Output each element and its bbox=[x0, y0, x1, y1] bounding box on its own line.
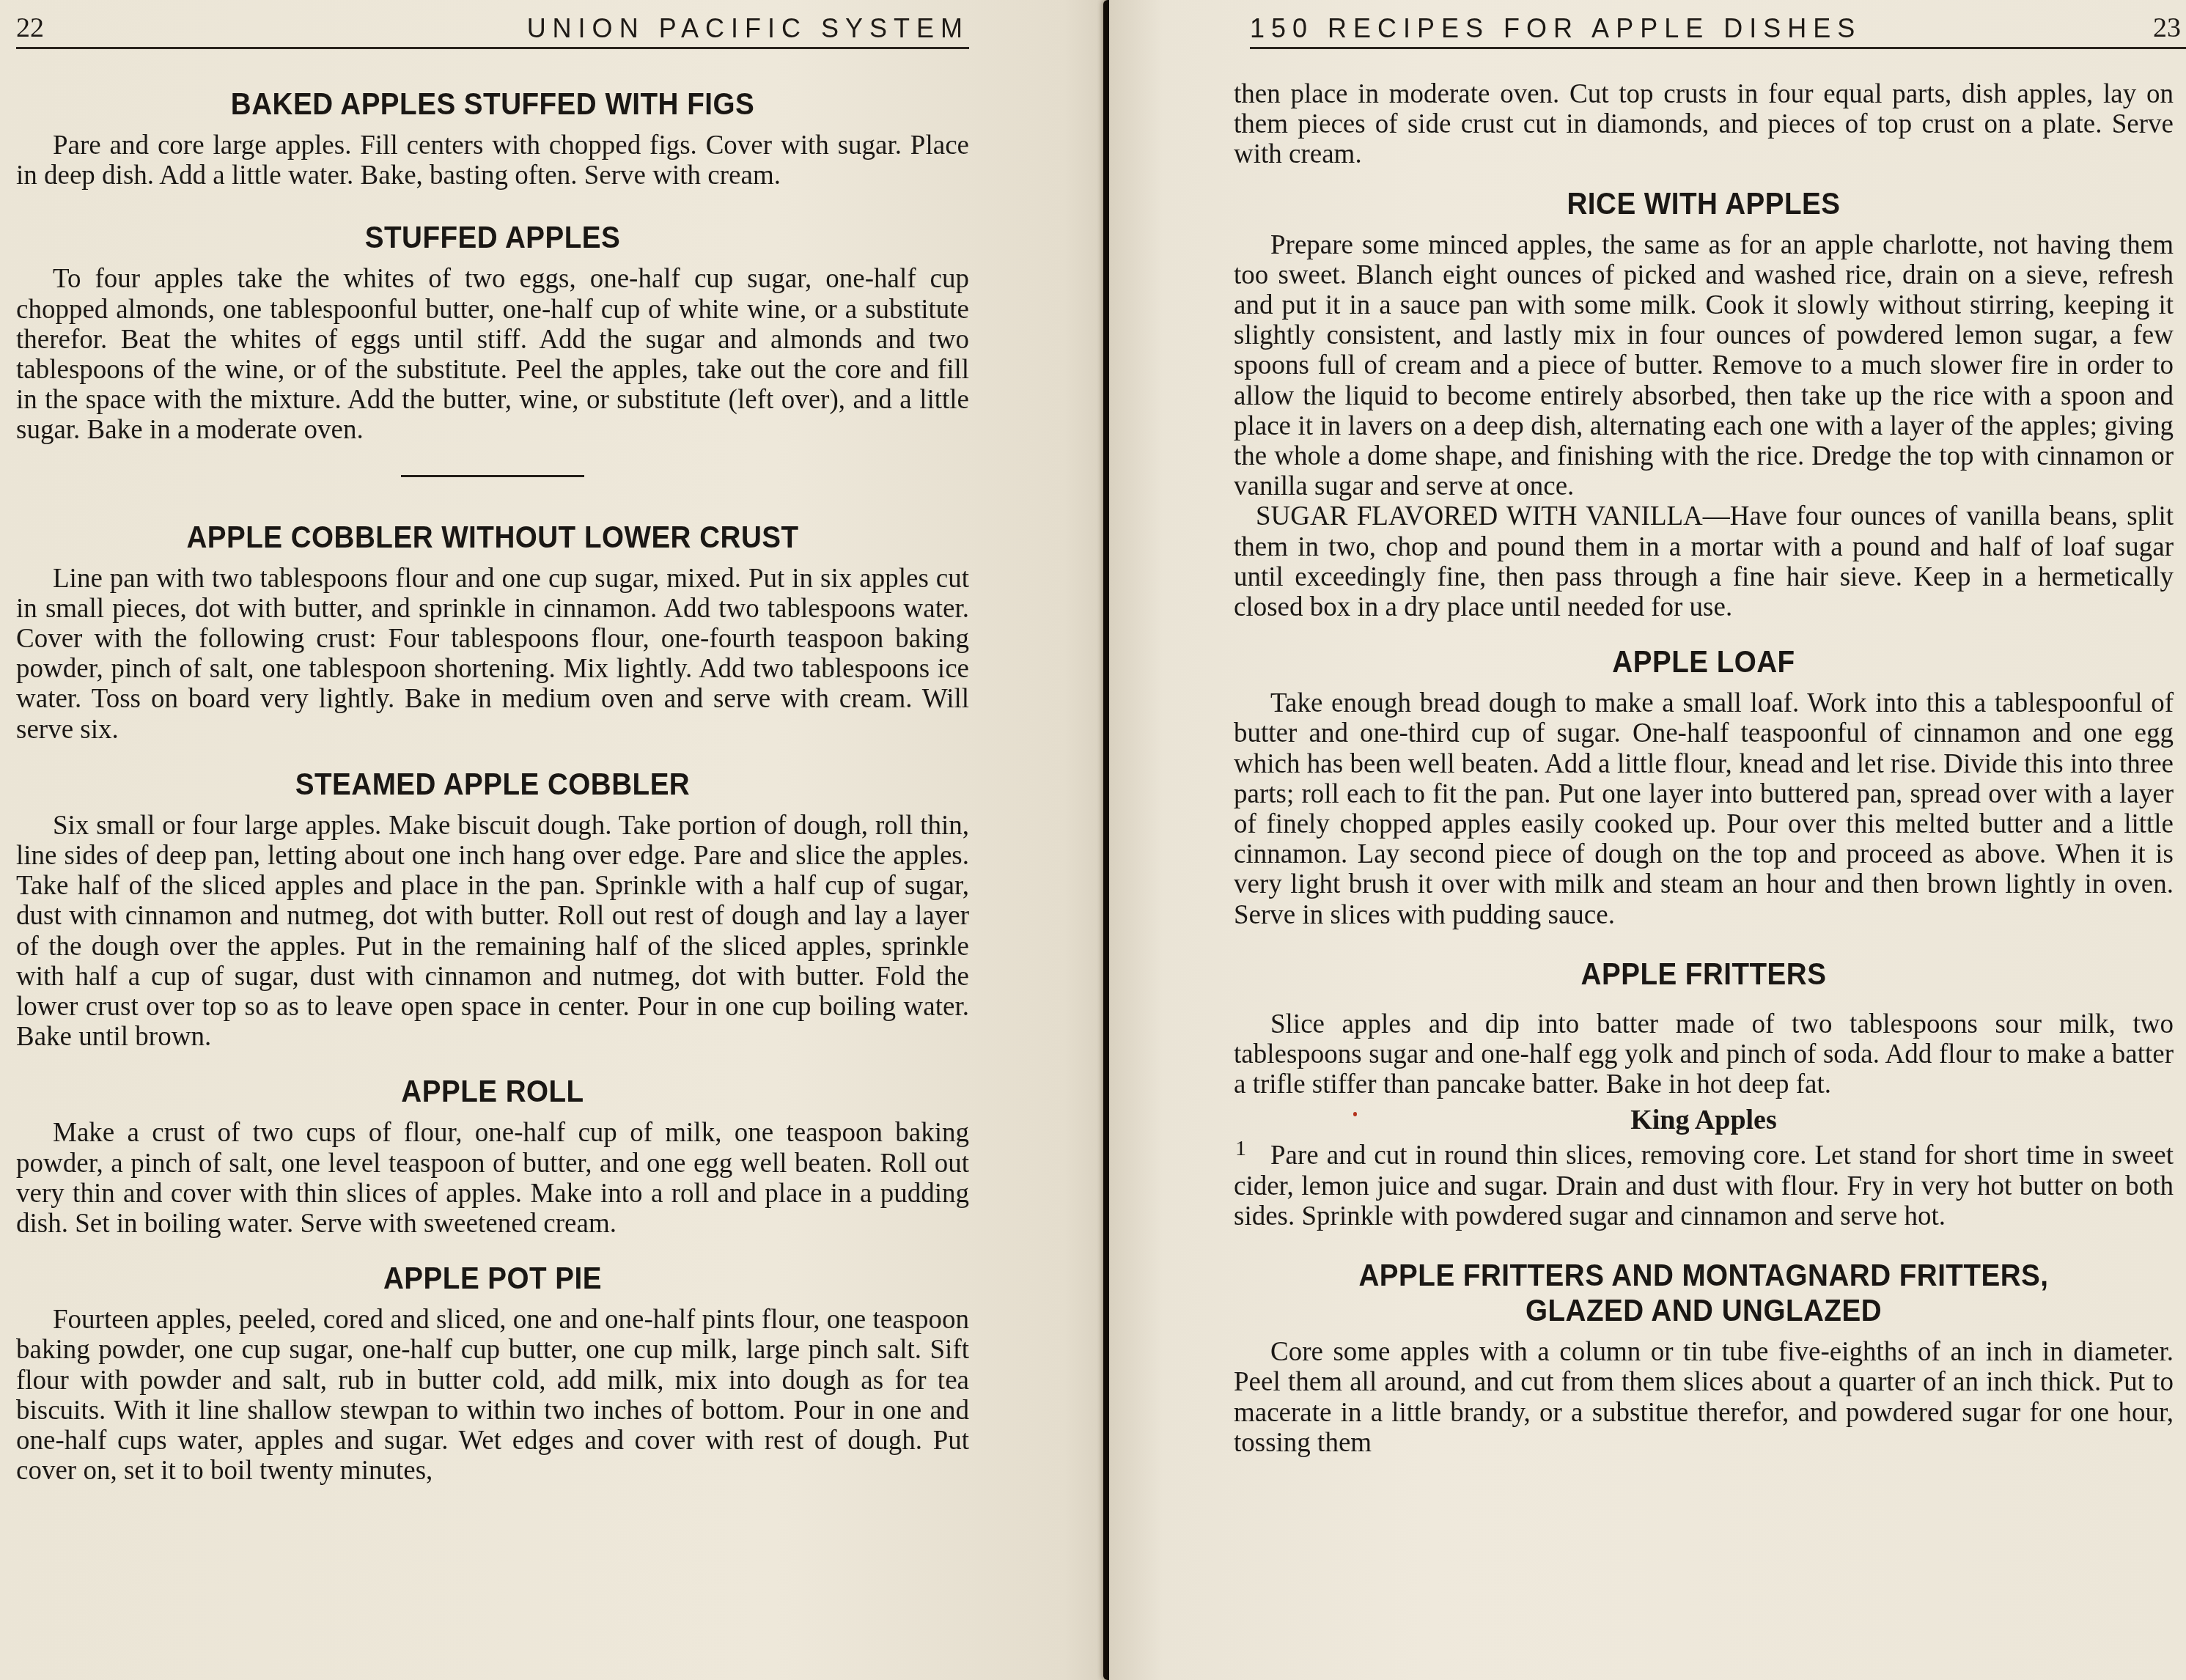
recipe-baked-apples-stuffed-with-figs: BAKED APPLES STUFFED WITH FIGS Pare and … bbox=[16, 86, 969, 191]
recipe-body: Slice apples and dip into batter made of… bbox=[1234, 1009, 2174, 1100]
right-page-content: then place in moderate oven. Cut top cru… bbox=[1234, 79, 2174, 1480]
page-number-right: 23 bbox=[2153, 12, 2181, 44]
recipe-body: Make a crust of two cups of flour, one-h… bbox=[16, 1118, 969, 1239]
left-page-content: BAKED APPLES STUFFED WITH FIGS Pare and … bbox=[16, 81, 969, 1508]
recipe-title: BAKED APPLES STUFFED WITH FIGS bbox=[54, 86, 931, 122]
margin-marker: 1 bbox=[1235, 1136, 1246, 1161]
recipe-body: Take enough bread dough to make a small … bbox=[1234, 688, 2174, 930]
recipe-apple-loaf: APPLE LOAF Take enough bread dough to ma… bbox=[1234, 644, 2174, 930]
recipe-note: SUGAR FLAVORED WITH VANILLA—Have four ou… bbox=[1234, 501, 2174, 622]
recipe-body: Core some apples with a column or tin tu… bbox=[1234, 1337, 2174, 1458]
recipe-apple-fritters-and-montagnard-fritters: APPLE FRITTERS AND MONTAGNARD FRITTERS, … bbox=[1234, 1258, 2174, 1458]
left-running-head: 22 UNION PACIFIC SYSTEM bbox=[16, 7, 969, 44]
header-rule-left bbox=[16, 47, 969, 49]
recipe-body: Prepare some minced apples, the same as … bbox=[1234, 230, 2174, 502]
right-running-head: 150 RECIPES FOR APPLE DISHES 23 bbox=[1250, 7, 2181, 44]
page-number-left: 22 bbox=[16, 12, 44, 44]
recipe-apple-roll: APPLE ROLL Make a crust of two cups of f… bbox=[16, 1074, 969, 1239]
recipe-apple-fritters: APPLE FRITTERS Slice apples and dip into… bbox=[1234, 957, 2174, 1231]
recipe-sub-body: Pare and cut in round thin slices, remov… bbox=[1234, 1141, 2174, 1231]
left-page: 22 UNION PACIFIC SYSTEM BAKED APPLES STU… bbox=[0, 0, 1109, 1680]
running-head-title-left: UNION PACIFIC SYSTEM bbox=[527, 13, 969, 44]
recipe-body: Line pan with two tablespoons flour and … bbox=[16, 564, 969, 745]
recipe-title: APPLE POT PIE bbox=[54, 1261, 931, 1296]
recipe-body: Pare and core large apples. Fill centers… bbox=[16, 130, 969, 191]
right-page: 150 RECIPES FOR APPLE DISHES 23 then pla… bbox=[1109, 0, 2186, 1680]
header-rule-right bbox=[1250, 47, 2186, 49]
recipe-title: APPLE LOAF bbox=[1271, 644, 2135, 679]
recipe-steamed-apple-cobbler: STEAMED APPLE COBBLER Six small or four … bbox=[16, 767, 969, 1053]
recipe-title: STEAMED APPLE COBBLER bbox=[54, 767, 931, 802]
book-spread: 22 UNION PACIFIC SYSTEM BAKED APPLES STU… bbox=[0, 0, 2186, 1680]
recipe-subtitle: King Apples bbox=[1234, 1104, 2174, 1136]
recipe-title: RICE WITH APPLES bbox=[1271, 186, 2135, 221]
running-head-title-right: 150 RECIPES FOR APPLE DISHES bbox=[1250, 13, 1861, 44]
recipe-title: APPLE FRITTERS AND MONTAGNARD FRITTERS, … bbox=[1271, 1258, 2135, 1328]
recipe-title: APPLE COBBLER WITHOUT LOWER CRUST bbox=[54, 520, 931, 555]
section-divider bbox=[401, 475, 584, 477]
recipe-stuffed-apples: STUFFED APPLES To four apples take the w… bbox=[16, 220, 969, 445]
ink-speck bbox=[1353, 1112, 1357, 1116]
recipe-body: Fourteen apples, peeled, cored and slice… bbox=[16, 1305, 969, 1486]
recipe-apple-cobbler-without-lower-crust: APPLE COBBLER WITHOUT LOWER CRUST Line p… bbox=[16, 520, 969, 745]
continued-text: then place in moderate oven. Cut top cru… bbox=[1234, 79, 2174, 170]
recipe-title: APPLE FRITTERS bbox=[1271, 957, 2135, 992]
recipe-rice-with-apples: RICE WITH APPLES Prepare some minced app… bbox=[1234, 186, 2174, 623]
recipe-title: APPLE ROLL bbox=[54, 1074, 931, 1109]
recipe-apple-pot-pie: APPLE POT PIE Fourteen apples, peeled, c… bbox=[16, 1261, 969, 1486]
recipe-body: Six small or four large apples. Make bis… bbox=[16, 811, 969, 1053]
recipe-title: STUFFED APPLES bbox=[54, 220, 931, 255]
recipe-body: To four apples take the whites of two eg… bbox=[16, 264, 969, 445]
